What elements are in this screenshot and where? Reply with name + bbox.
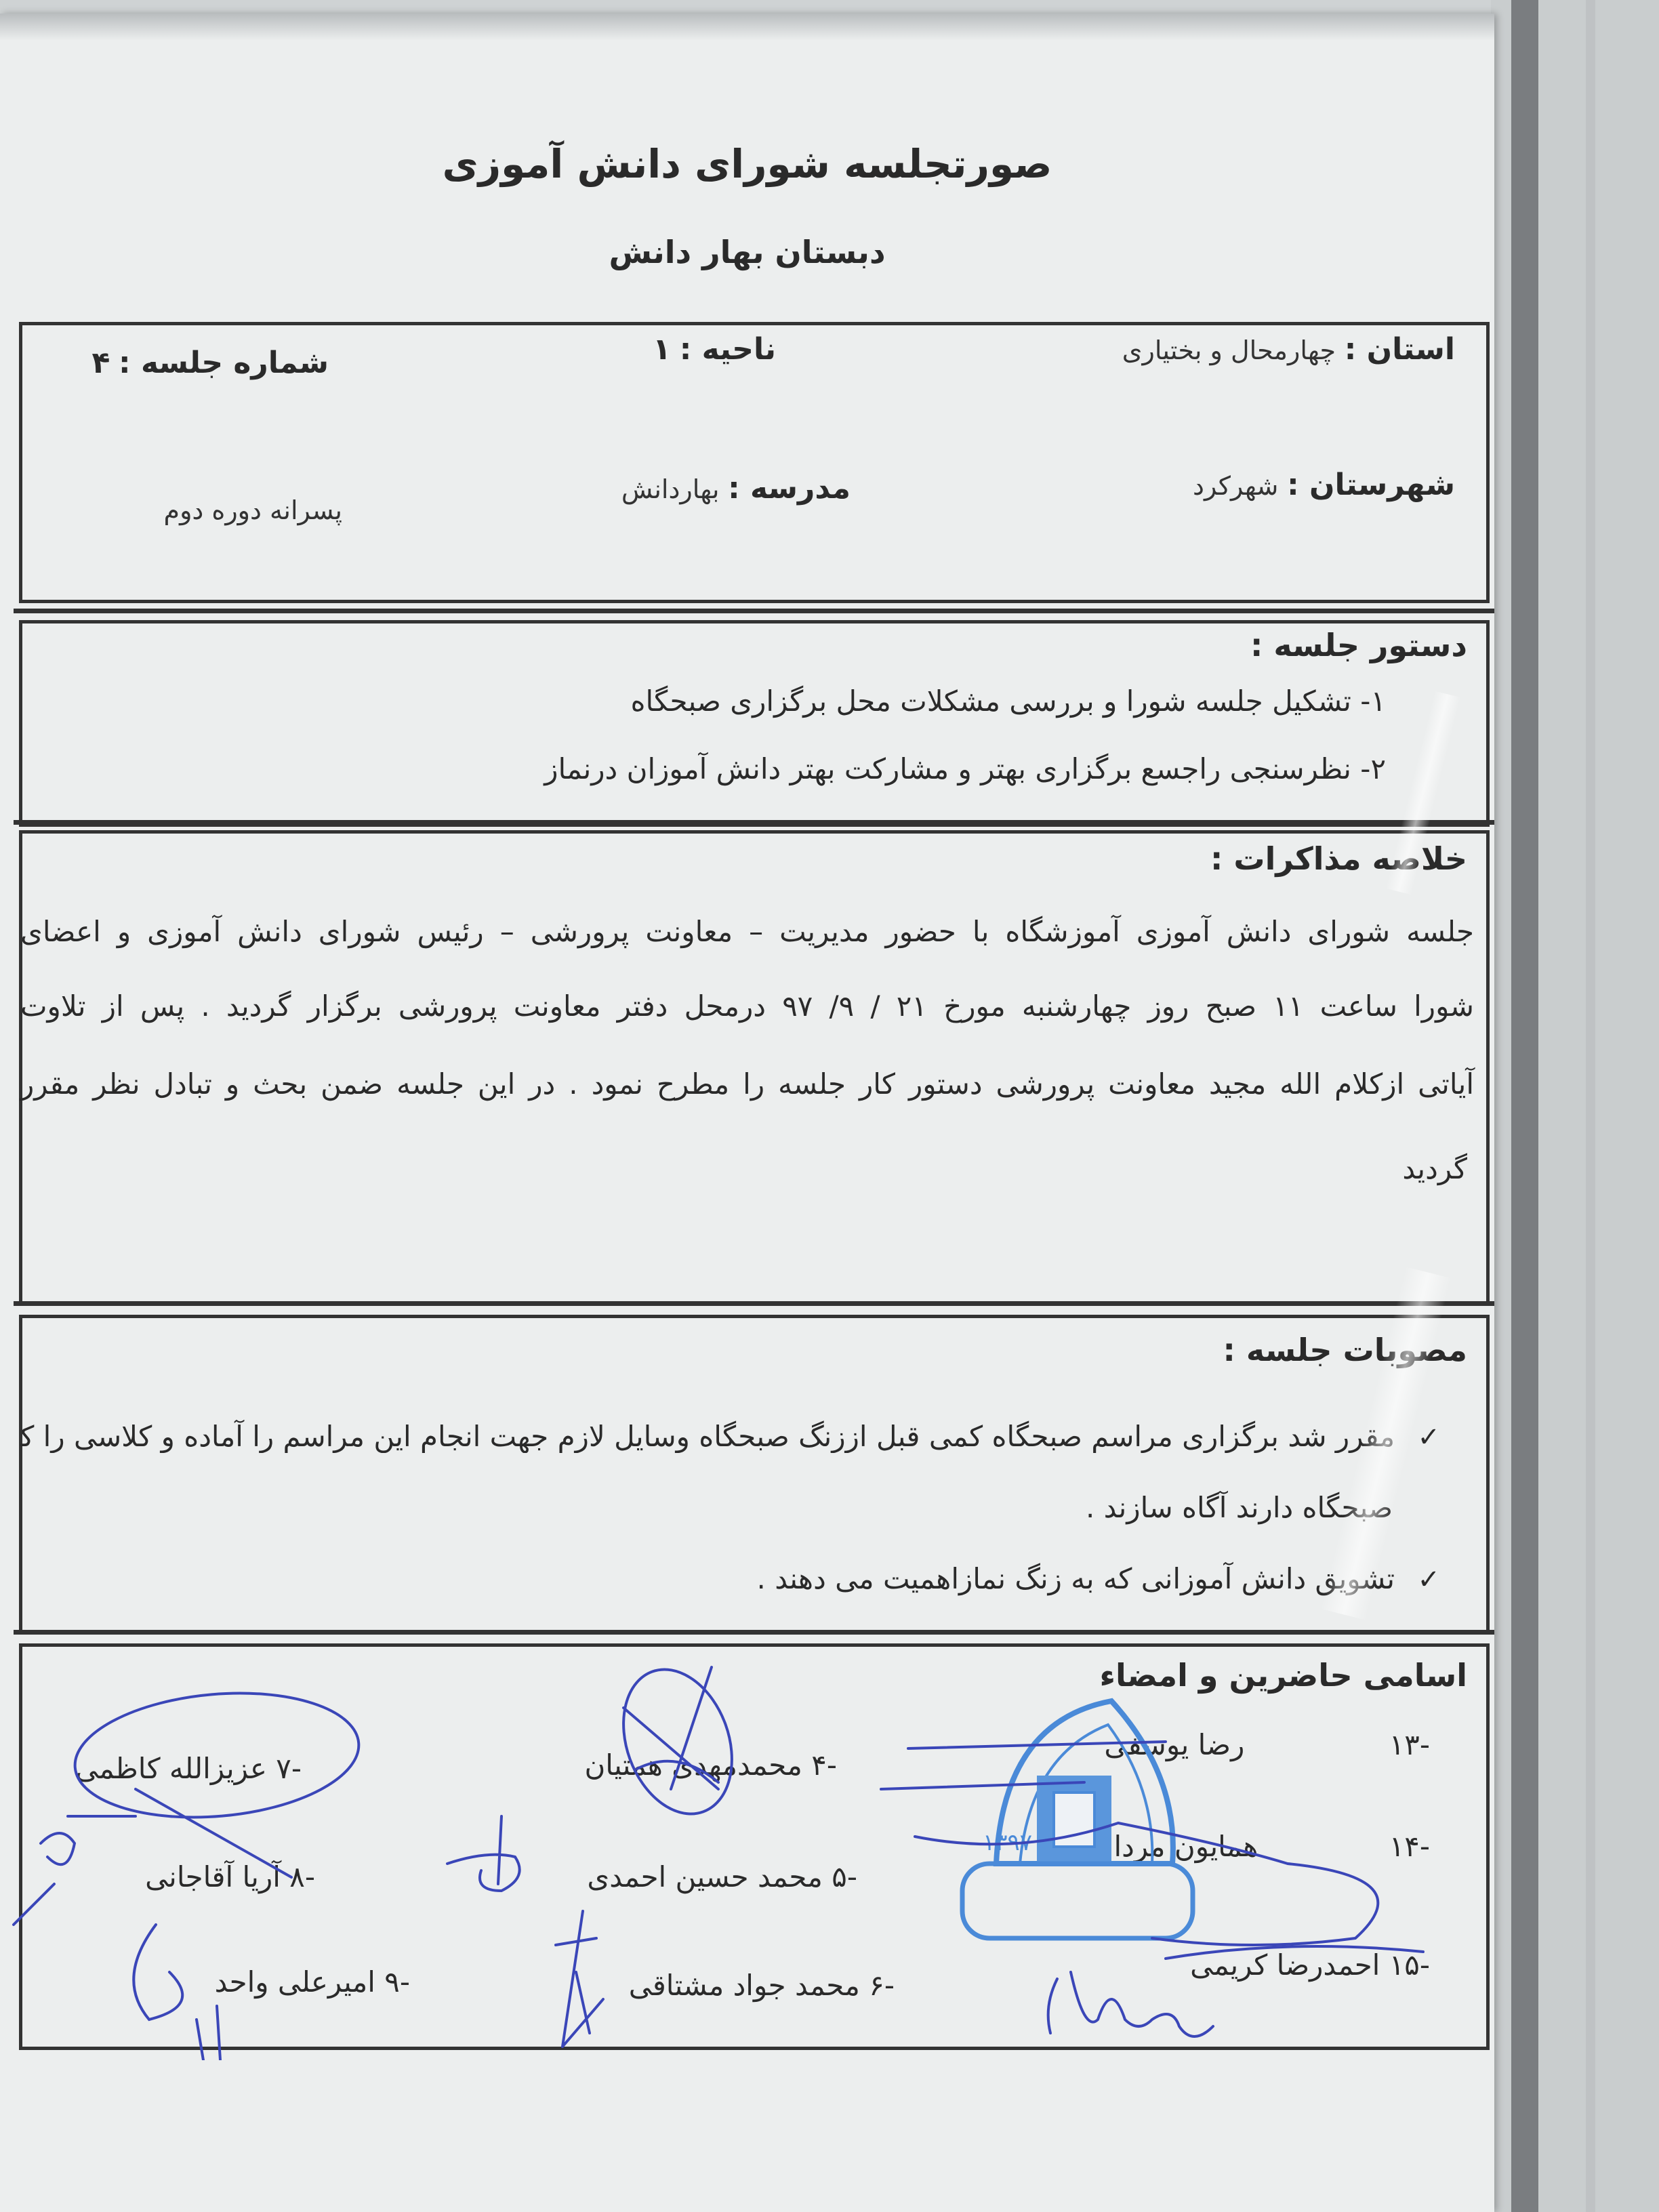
agenda-heading: دستور جلسه : — [1250, 627, 1467, 663]
checkmark-icon: ✓ — [1417, 1422, 1440, 1453]
binder-spine — [1511, 0, 1538, 2212]
signatures-overlay — [0, 1654, 1494, 2060]
province-value: چهارمحال و بختیاری — [1122, 335, 1336, 365]
province-field: استان : چهارمحال و بختیاری — [1122, 332, 1455, 367]
summary-line-4: گردید — [1402, 1152, 1467, 1185]
summary-heading: خلاصه مذاکرات : — [1210, 840, 1467, 877]
resolution-item-2-text: تشویق دانش آموزانی که به زنگ نمازاهمیت م… — [757, 1562, 1395, 1595]
province-label: استان : — [1345, 332, 1455, 367]
school-label: مدرسه : — [728, 471, 851, 506]
school-type-value: پسرانه دوره دوم — [164, 495, 342, 525]
section-divider — [14, 1630, 1494, 1635]
checkmark-icon: ✓ — [1417, 1564, 1440, 1595]
school-type-field: پسرانه دوره دوم — [164, 495, 342, 526]
summary-line-2: شورا ساعت ۱۱ صبح روز چهارشنبه مورخ ۲۱ / … — [20, 989, 1474, 1023]
county-field: شهرستان : شهرکرد — [1193, 468, 1455, 502]
county-label: شهرستان : — [1287, 468, 1455, 502]
page-top-shadow — [0, 14, 1494, 41]
resolution-item-1: ✓ مقرر شد برگزاری مراسم صبحگاه کمی قبل ا… — [20, 1420, 1440, 1453]
session-number-value: ۴ — [91, 346, 110, 380]
session-number-label: شماره جلسه : — [119, 346, 329, 380]
district-field: ناحیه : ۱ — [653, 332, 776, 367]
district-label: ناحیه : — [680, 332, 776, 367]
school-field: مدرسه : بهاردانش — [621, 471, 851, 506]
district-value: ۱ — [653, 332, 671, 367]
resolution-item-1-text: مقرر شد برگزاری مراسم صبحگاه کمی قبل ازز… — [20, 1420, 1395, 1453]
agenda-item-1: ۱- تشکیل جلسه شورا و بررسی مشکلات محل بر… — [630, 684, 1386, 718]
summary-line-3: آیاتی ازکلام الله مجید معاونت پرورشی دست… — [20, 1067, 1474, 1101]
summary-line-1: جلسه شورای دانش آموزی آموزشگاه با حضور م… — [20, 915, 1474, 948]
county-value: شهرکرد — [1193, 471, 1278, 501]
document-page: صورتجلسه شورای دانش آموزی دبستان بهار دا… — [0, 14, 1494, 2212]
document-title: صورتجلسه شورای دانش آموزی — [0, 141, 1494, 187]
agenda-item-2: ۲- نظرسنجی راجسع برگزاری بهتر و مشارکت ب… — [544, 752, 1386, 785]
section-divider — [14, 820, 1494, 825]
school-name-heading: دبستان بهار دانش — [0, 234, 1494, 270]
binder-edge — [1586, 0, 1595, 2212]
section-divider — [14, 1301, 1494, 1306]
school-value: بهاردانش — [621, 474, 720, 504]
session-number-field: شماره جلسه : ۴ — [91, 346, 329, 380]
section-divider — [14, 609, 1494, 613]
